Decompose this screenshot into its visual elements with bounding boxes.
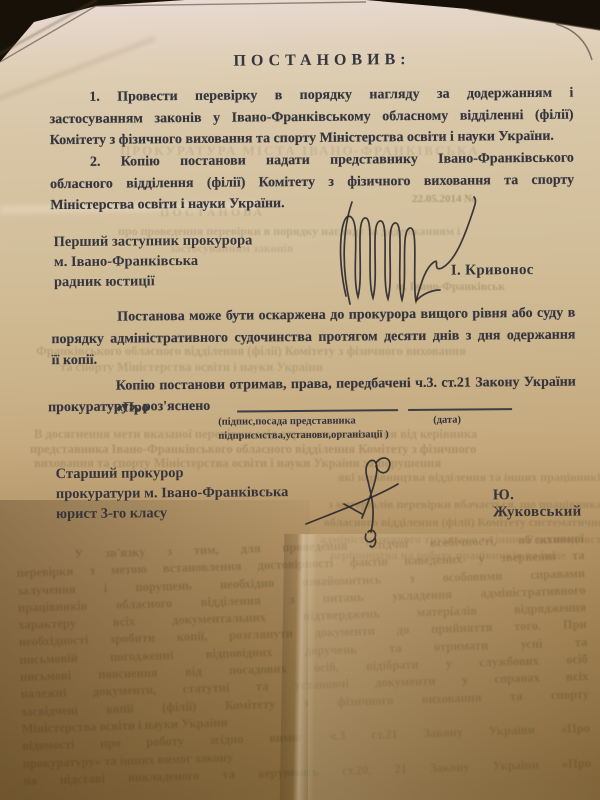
resolution-item-1: 1. Провести перевірку в порядку нагляду …	[49, 83, 574, 152]
signatory-position-line: Перший заступник прокурора	[54, 230, 253, 252]
first-signatory-block: Перший заступник прокурора м. Івано-Фран…	[54, 230, 253, 292]
signatory-position-line: м. Івано-Франківська	[54, 250, 253, 272]
paragraph-line: її копії.	[52, 346, 576, 372]
date-blank-line	[408, 394, 512, 411]
signatory-position-line: прокуратури м. Івано-Франківська	[56, 482, 289, 504]
first-signatory-name: І. Кривонос	[451, 262, 534, 280]
photo-background: ПРОКУРАТУРА МІСТА ІВАНО-ФРАНКІВСЬКА 22.0…	[0, 0, 600, 800]
date-caption: (дата)	[433, 414, 461, 428]
appeal-paragraph: Постанова може бути оскаржена до прокуро…	[51, 303, 576, 372]
signatory-position-line: Старший прокурор	[56, 462, 289, 484]
resolution-item-2: 2. Копію постанови надати представнику І…	[50, 148, 575, 217]
signatory-position-line: юрист 3-го класу	[56, 502, 289, 524]
second-signatory-block: Старший прокурор прокуратури м. Івано-Фр…	[56, 462, 289, 524]
document-content: ПОСТАНОВИВ: 1. Провести перевірку в поря…	[0, 0, 600, 800]
paragraph-line: обласного відділення (філії) Комітету з …	[50, 169, 574, 195]
caption-line: підприємства,установи,організації )	[218, 428, 388, 443]
paragraph-line: Міністерства освіти і науки України.	[50, 191, 574, 217]
paragraph-line: порядку адміністративного судочинства пр…	[51, 324, 575, 350]
signatory-position-line: радник юстиції	[54, 270, 253, 292]
second-signatory-name: Ю. Жуковський	[493, 486, 600, 521]
signature-caption: (підпис,посада представника підприємства…	[218, 414, 389, 442]
receipt-paragraph-line2: прокуратуру», роз'яснено	[48, 396, 210, 419]
signature-blank-line	[237, 395, 398, 412]
